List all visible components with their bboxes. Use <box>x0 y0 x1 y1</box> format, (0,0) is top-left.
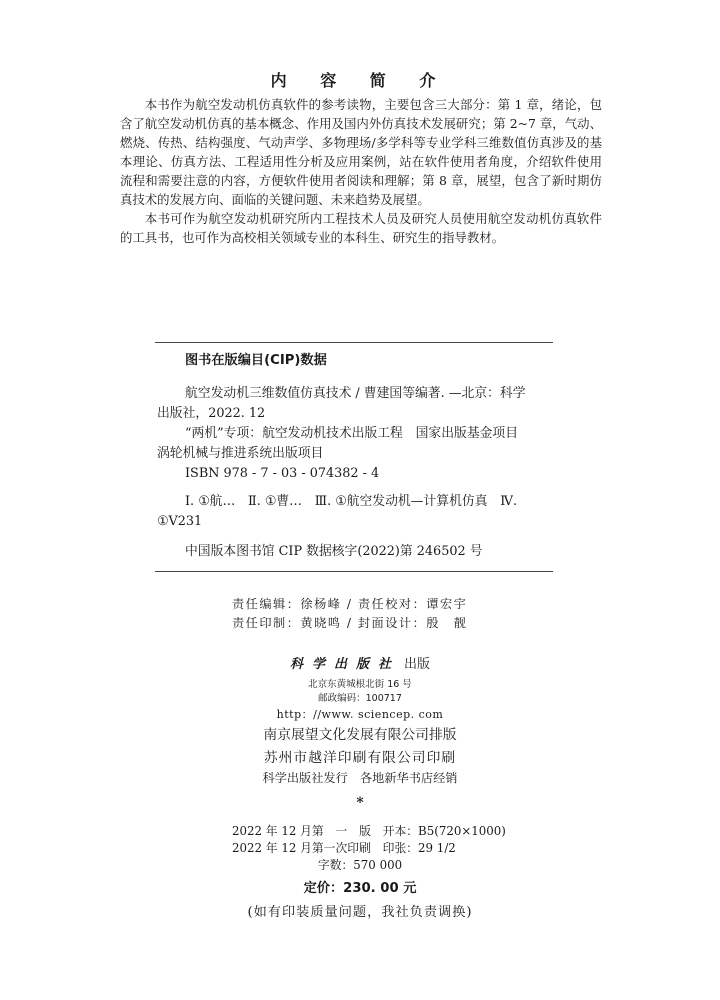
cip-isbn: ISBN 978 - 7 - 03 - 074382 - 4 <box>157 464 537 484</box>
separator-asterisk: * <box>0 795 720 811</box>
cip-title-line: 航空发动机三维数值仿真技术 / 曹建国等编著. —北京：科学出版社，2022. … <box>157 384 537 424</box>
intro-paragraph-2: 本书可作为航空发动机研究所内工程技术人员及研究人员使用航空发动机仿真软件的工具书… <box>120 209 602 247</box>
credits-print-line: 责任印制：黄晓鸣 / 封面设计：殷 靓 <box>232 614 467 633</box>
credits-editor-line: 责任编辑：徐杨峰 / 责任校对：谭宏宇 <box>232 595 467 614</box>
edition-line: 2022 年 12 月第 一 版 开本：B5(720×1000) <box>232 823 506 840</box>
publisher-suffix: 出版 <box>404 657 430 672</box>
printer: 苏州市越洋印刷有限公司印刷 <box>0 748 720 768</box>
publisher-logo: 科学出版社 <box>290 657 400 672</box>
cip-series-line: “两机”专项：航空发动机技术出版工程 国家出版基金项目 涡轮机械与推进系统出版项… <box>157 424 537 464</box>
publisher-postcode: 邮政编码：100717 <box>0 692 720 706</box>
cip-heading: 图书在版编目(CIP)数据 <box>185 352 327 370</box>
credits: 责任编辑：徐杨峰 / 责任校对：谭宏宇 责任印制：黄晓鸣 / 封面设计：殷 靓 <box>232 595 467 633</box>
distribution: 科学出版社发行 各地新华书店经销 <box>0 769 720 787</box>
cip-bottom-divider <box>155 571 553 572</box>
publisher-line: 科学出版社出版 <box>0 655 720 675</box>
cip-record: 航空发动机三维数值仿真技术 / 曹建国等编著. —北京：科学出版社，2022. … <box>157 384 537 562</box>
cip-top-divider <box>155 342 553 343</box>
price: 定价：230. 00 元 <box>0 879 720 899</box>
quality-notice: (如有印装质量问题，我社负责调换) <box>0 903 720 923</box>
intro-section: 本书作为航空发动机仿真软件的参考读物，主要包含三大部分：第 1 章，绪论，包含了… <box>120 95 602 247</box>
publisher-url: http：//www. sciencep. com <box>0 707 720 723</box>
cip-number: 中国版本图书馆 CIP 数据核字(2022)第 246502 号 <box>157 542 537 562</box>
page-title: 内 容 简 介 <box>0 71 720 91</box>
word-count: 字数：570 000 <box>0 857 720 874</box>
publisher-address: 北京东黄城根北街 16 号 <box>0 678 720 692</box>
typesetter: 南京展望文化发展有限公司排版 <box>0 725 720 745</box>
cip-classification: Ⅰ. ①航… Ⅱ. ①曹… Ⅲ. ①航空发动机—计算机仿真 Ⅳ. ①V231 <box>157 492 537 532</box>
printing-line: 2022 年 12 月第一次印刷 印张：29 1/2 <box>232 840 456 857</box>
intro-paragraph-1: 本书作为航空发动机仿真软件的参考读物，主要包含三大部分：第 1 章，绪论，包含了… <box>120 95 602 209</box>
